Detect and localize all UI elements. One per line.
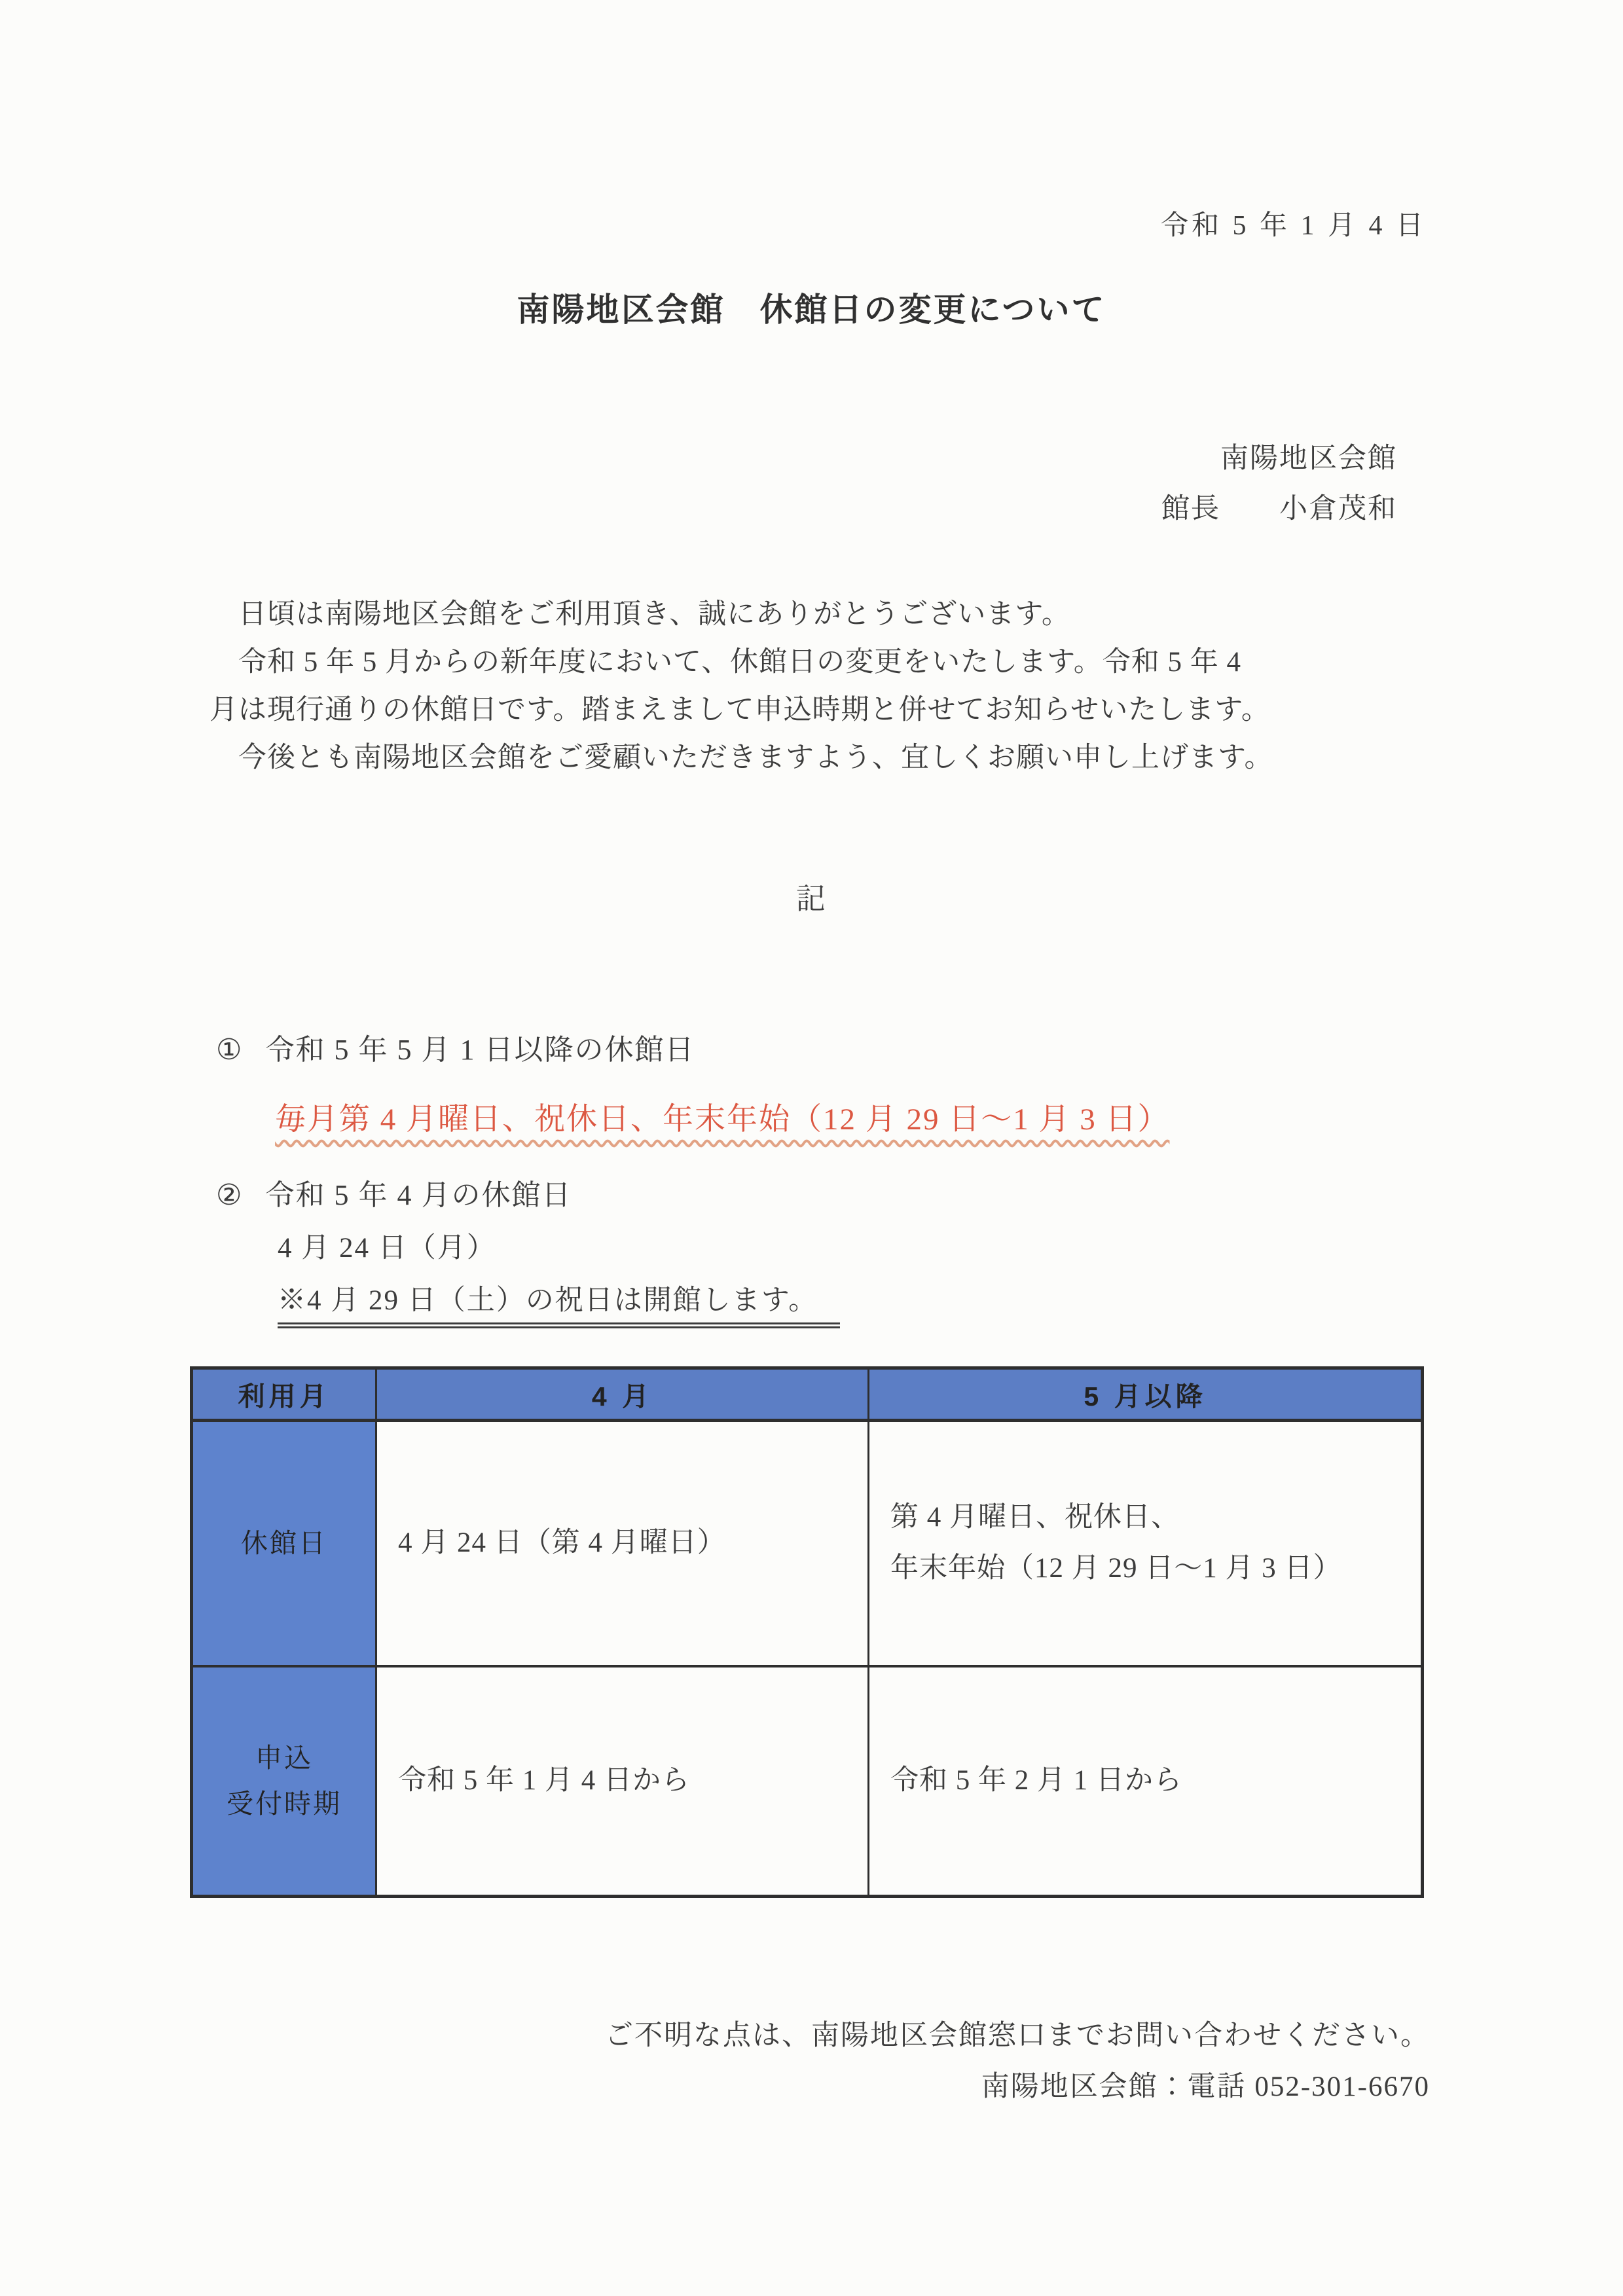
- footer-contact-line: 南陽地区会館：電話 052-301-6670: [0, 2062, 1430, 2113]
- cell-may-closing: 第 4 月曜日、祝休日、 年末年始（12 月 29 日～1 月 3 日）: [869, 1421, 1423, 1666]
- page-title: 南陽地区会館 休館日の変更について: [0, 289, 1623, 330]
- cell-may-closing-line2: 年末年始（12 月 29 日～1 月 3 日）: [890, 1543, 1421, 1594]
- table-row-closing-days: 休館日 4 月 24 日（第 4 月曜日） 第 4 月曜日、祝休日、 年末年始（…: [192, 1421, 1423, 1666]
- body-line: 今後とも南陽地区会館をご愛顧いただきますよう、宜しくお願い申し上げます。: [210, 734, 1459, 782]
- closing-days-highlight: 毎月第 4 月曜日、祝休日、年末年始（12 月 29 日～1 月 3 日）: [275, 1100, 1170, 1139]
- row-label-application-period: 申込 受付時期: [192, 1666, 376, 1897]
- body-line: 月は現行通りの休館日です。踏まえまして申込時期と併せてお知らせいたします。: [210, 686, 1459, 734]
- header-may-onward: 5 月以降: [869, 1368, 1423, 1421]
- cell-april-application: 令和 5 年 1 月 4 日から: [376, 1666, 869, 1897]
- circled-number-1: ①: [216, 1034, 243, 1066]
- circled-number-2: ②: [216, 1179, 243, 1211]
- table-header-row: 利用月 4 月 5 月以降: [192, 1368, 1423, 1421]
- row-label-line2: 受付時期: [193, 1781, 375, 1827]
- item-2-heading: 令和 5 年 4 月の休館日: [265, 1179, 572, 1211]
- footer-block: ご不明な点は、南陽地区会館窓口までお問い合わせください。 南陽地区会館：電話 0…: [0, 2011, 1623, 2113]
- underlined-note-text: ※4 月 29 日（土）の祝日は開館します。: [278, 1282, 840, 1328]
- body-paragraphs: 日頃は南陽地区会館をご利用頂き、誠にありがとうございます。 令和 5 年 5 月…: [210, 591, 1459, 782]
- row-label-line1: 申込: [193, 1735, 375, 1781]
- body-line: 日頃は南陽地区会館をご利用頂き、誠にありがとうございます。: [210, 591, 1459, 638]
- sender-director: 館長 小倉茂和: [0, 484, 1397, 534]
- cell-may-application: 令和 5 年 2 月 1 日から: [869, 1666, 1423, 1897]
- footer-inquiry-line: ご不明な点は、南陽地区会館窓口までお問い合わせください。: [0, 2011, 1430, 2062]
- header-usage-month: 利用月: [192, 1368, 376, 1421]
- body-line: 令和 5 年 5 月からの新年度において、休館日の変更をいたします。令和 5 年…: [210, 638, 1459, 686]
- list-item-1: ①令和 5 年 5 月 1 日以降の休館日: [216, 1032, 1623, 1068]
- cell-may-closing-line1: 第 4 月曜日、祝休日、: [890, 1492, 1421, 1543]
- april-holiday-note: ※4 月 29 日（土）の祝日は開館します。: [278, 1282, 1623, 1328]
- section-marker-ki: 記: [0, 881, 1623, 917]
- issue-date: 令和 5 年 1 月 4 日: [0, 0, 1623, 242]
- header-april: 4 月: [376, 1368, 869, 1421]
- closing-schedule-table: 利用月 4 月 5 月以降 休館日 4 月 24 日（第 4 月曜日） 第 4 …: [190, 1366, 1424, 1898]
- scanned-notice-page: 令和 5 年 1 月 4 日 南陽地区会館 休館日の変更について 南陽地区会館 …: [0, 0, 1623, 2296]
- list-item-2: ②令和 5 年 4 月の休館日: [216, 1177, 1623, 1214]
- cell-april-closing: 4 月 24 日（第 4 月曜日）: [376, 1421, 869, 1666]
- april-closing-date: 4 月 24 日（月）: [278, 1230, 1623, 1267]
- sender-organization: 南陽地区会館: [0, 433, 1397, 484]
- table-row-application-period: 申込 受付時期 令和 5 年 1 月 4 日から 令和 5 年 2 月 1 日か…: [192, 1666, 1423, 1897]
- sender-block: 南陽地区会館 館長 小倉茂和: [0, 433, 1623, 534]
- row-label-closing-day: 休館日: [192, 1421, 376, 1666]
- item-1-heading: 令和 5 年 5 月 1 日以降の休館日: [265, 1034, 695, 1066]
